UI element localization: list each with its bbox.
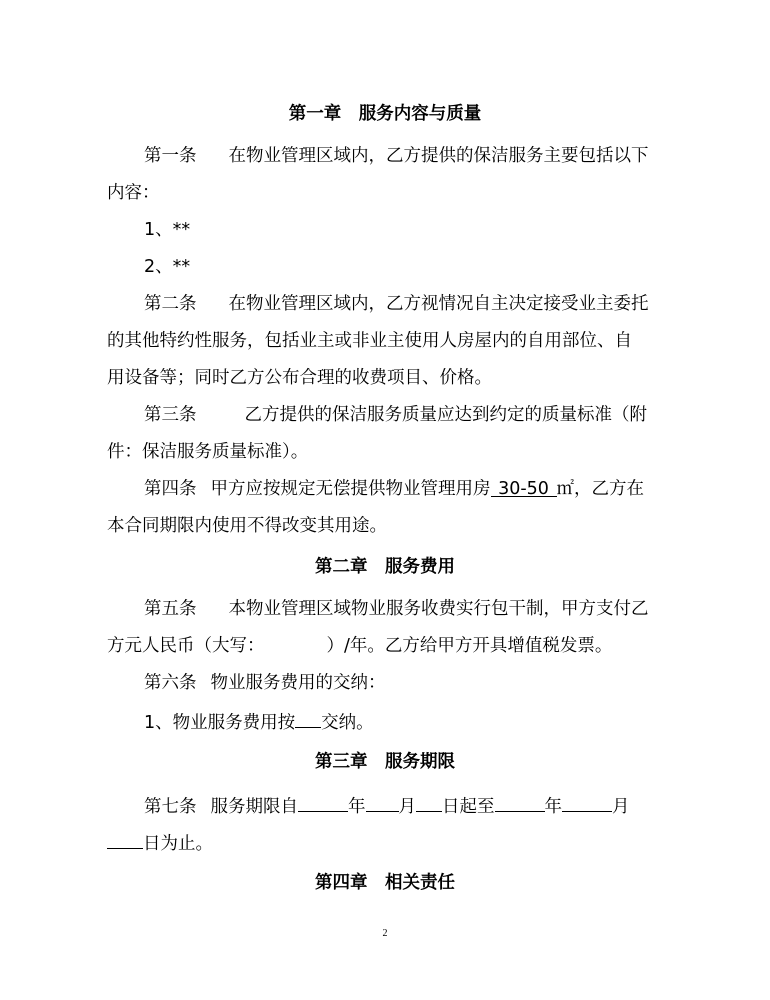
- article-2-text: 在物业管理区域内，乙方视情况自主决定接受业主委托: [229, 294, 649, 314]
- article-7-text-2: 日为止。: [143, 834, 213, 854]
- article-1-line-1: 第一条在物业管理区域内，乙方提供的保洁服务主要包括以下: [107, 145, 663, 167]
- article-4-text: 甲方应按规定无偿提供物业管理用房: [211, 479, 491, 499]
- end-day-blank: [107, 830, 143, 849]
- start-month-blank: [366, 793, 399, 812]
- article-7-text: 服务期限自: [211, 797, 299, 817]
- payment-period-blank: [295, 709, 321, 728]
- article-7-label: 第七条: [144, 797, 197, 817]
- article-2-line-3: 用设备等；同时乙方公布合理的收费项目、价格。: [107, 367, 663, 389]
- article-2-label: 第二条: [144, 294, 197, 314]
- chapter-3-heading: 第三章 服务期限: [107, 751, 663, 773]
- month-label: 月: [612, 797, 630, 817]
- article-5-line-1: 第五条本物业管理区域物业服务收费实行包干制，甲方支付乙: [107, 598, 663, 620]
- start-day-blank: [416, 793, 442, 812]
- article-3-label: 第三条: [144, 405, 197, 425]
- article-6-label: 第六条: [144, 673, 197, 693]
- article-5-line-2: 方元人民币（大写：）/年。乙方给甲方开具增值税发票。: [107, 635, 663, 657]
- article-1-text: 在物业管理区域内，乙方提供的保洁服务主要包括以下: [229, 146, 649, 166]
- article-6-item: 1、物业服务费用按交纳。: [107, 709, 663, 734]
- chapter-1-heading: 第一章 服务内容与质量: [107, 103, 663, 125]
- list-item: 2、**: [107, 256, 663, 278]
- article-5-text-2b: ）/年。乙方给甲方开具增值税发票。: [327, 636, 613, 656]
- end-year-blank: [495, 793, 545, 812]
- page-number: 2: [0, 928, 770, 939]
- article-1-label: 第一条: [144, 146, 197, 166]
- end-month-blank: [562, 793, 612, 812]
- article-5-text-2a: 方元人民币（大写：: [107, 636, 265, 656]
- chapter-4-heading: 第四章 相关责任: [107, 872, 663, 894]
- chapter-2-heading: 第二章 服务费用: [107, 556, 663, 578]
- article-5-text: 本物业管理区域物业服务收费实行包干制，甲方支付乙: [229, 599, 649, 619]
- area-field: 30-50: [491, 478, 557, 497]
- article-6-line-1: 第六条物业服务费用的交纳：: [107, 672, 663, 694]
- article-6-item-pre: 1、物业服务费用按: [144, 713, 295, 733]
- article-7-line-2: 日为止。: [107, 830, 663, 855]
- article-4-line-2: 本合同期限内使用不得改变其用途。: [107, 515, 663, 537]
- list-item: 1、**: [107, 219, 663, 241]
- article-3-line-2: 件：保洁服务质量标准）。: [107, 441, 663, 463]
- article-4-text-post: ㎡，乙方在: [557, 479, 645, 499]
- article-3-line-1: 第三条乙方提供的保洁服务质量应达到约定的质量标准（附: [107, 404, 663, 426]
- article-6-text: 物业服务费用的交纳：: [211, 673, 386, 693]
- article-4-line-1: 第四条甲方应按规定无偿提供物业管理用房30-50㎡，乙方在: [107, 478, 663, 500]
- year-label: 年: [545, 797, 563, 817]
- article-3-text: 乙方提供的保洁服务质量应达到约定的质量标准（附: [245, 405, 648, 425]
- article-2-line-1: 第二条在物业管理区域内，乙方视情况自主决定接受业主委托: [107, 293, 663, 315]
- start-year-blank: [298, 793, 348, 812]
- month-label: 月: [399, 797, 417, 817]
- article-4-label: 第四条: [144, 479, 197, 499]
- article-1-line-2: 内容：: [107, 182, 663, 204]
- article-2-line-2: 的其他特约性服务，包括业主或非业主使用人房屋内的自用部位、自: [107, 330, 663, 352]
- day-label: 日起至: [442, 797, 495, 817]
- year-label: 年: [348, 797, 366, 817]
- article-5-label: 第五条: [144, 599, 197, 619]
- article-6-item-post: 交纳。: [321, 713, 374, 733]
- article-7-line-1: 第七条服务期限自年月日起至年月: [107, 793, 663, 818]
